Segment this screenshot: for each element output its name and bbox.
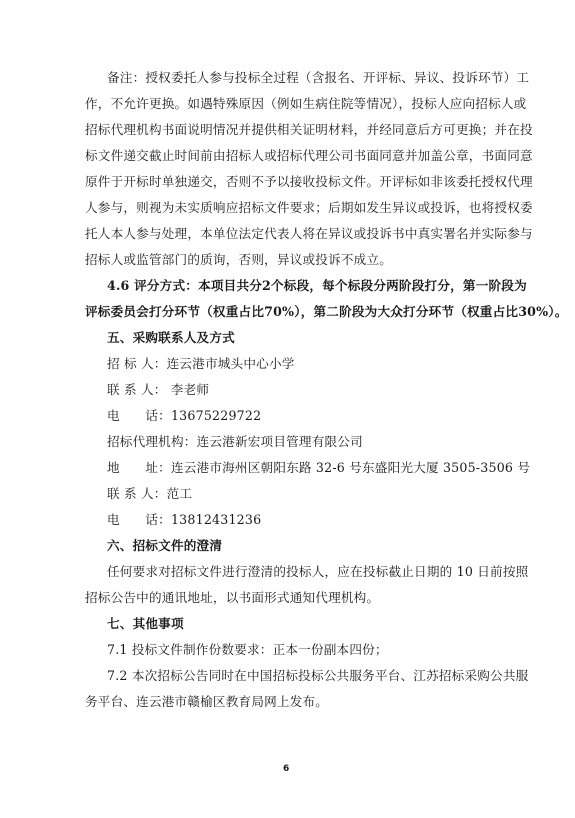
agency-contact-row: 联 系 人：范工 — [107, 486, 527, 502]
contact-row: 联 系 人： 李老师 — [107, 382, 527, 398]
note-line-5: 原件于开标时单独递交，否则不予以接收投标文件。开评标如非该委托授权代理 — [85, 174, 503, 190]
agency-phone-value: 13812431236 — [171, 512, 261, 527]
section6-line-1: 任何要求对招标文件进行澄清的投标人，应在投标截止日期的 10 日前按照 — [107, 564, 503, 580]
phone-label: 电 话： — [107, 408, 171, 424]
phone-value: 13675229722 — [171, 408, 261, 423]
agency-row: 招标代理机构：连云港新宏项目管理有限公司 — [107, 434, 527, 450]
phone-row: 电 话：13675229722 — [107, 408, 527, 424]
tenderer-label: 招 标 人： — [107, 356, 167, 372]
agency-phone-row: 电 话：13812431236 — [107, 512, 527, 528]
tenderer-row: 招 标 人：连云港市城头中心小学 — [107, 356, 527, 372]
contact-label: 联 系 人： — [107, 382, 167, 398]
agency-phone-label: 电 话： — [107, 512, 171, 528]
agency-value: 连云港新宏项目管理有限公司 — [197, 434, 363, 449]
address-row: 地 址：连云港市海州区朝阳东路 32-6 号东盛阳光大厦 3505-3506 号 — [107, 460, 527, 476]
section7-item2-line-1: 7.2 本次招标公告同时在中国招标投标公共服务平台、江苏招标采购公共服 — [107, 668, 503, 684]
agency-contact-value: 范工 — [167, 486, 193, 501]
section7-item2-line-2: 务平台、连云港市赣榆区教育局网上发布。 — [85, 694, 505, 710]
note-line-6: 人参与，则视为未实质响应招标文件要求；后期如发生异议或投诉，也将授权委 — [85, 200, 503, 216]
contact-value: 李老师 — [167, 382, 210, 397]
section5-heading: 五、采购联系人及方式 — [107, 330, 527, 346]
note-line-7: 托人本人参与处理，本单位法定代表人将在异议或投诉书中真实署名并实际参与 — [85, 226, 503, 242]
agency-label: 招标代理机构： — [107, 434, 197, 450]
section6-line-2: 招标公告中的通讯地址，以书面形式通知代理机构。 — [85, 590, 505, 606]
page-number: 6 — [283, 764, 289, 774]
address-label: 地 址： — [107, 460, 171, 476]
note-line-8: 招标人或监管部门的质询，否则，异议或投诉不成立。 — [85, 252, 505, 268]
section7-heading: 七、其他事项 — [107, 616, 527, 632]
note-line-4: 标文件递交截止时间前由招标人或招标代理公司书面同意并加盖公章，书面同意 — [85, 148, 503, 164]
section7-item1: 7.1 投标文件制作份数要求：正本一份副本四份； — [107, 642, 527, 658]
note-line-3: 招标代理机构书面说明情况并提供相关证明材料，并经同意后方可更换；并在投 — [85, 122, 503, 138]
note-line-2: 作，不允许更换。如遇特殊原因（例如生病住院等情况），投标人应向招标人或 — [85, 96, 503, 112]
tenderer-value: 连云港市城头中心小学 — [167, 356, 295, 371]
note-line-1: 备注：授权委托人参与投标全过程（含报名、开评标、异议、投诉环节）工 — [107, 70, 503, 86]
section6-heading: 六、招标文件的澄清 — [107, 538, 527, 554]
scoring-line-1: 4.6 评分方式：本项目共分2个标段，每个标段分两阶段打分，第一阶段为 — [107, 278, 503, 294]
scoring-line-2: 评标委员会打分环节（权重占比70%），第二阶段为大众打分环节（权重占比30%）。 — [85, 304, 503, 320]
address-value: 连云港市海州区朝阳东路 32-6 号东盛阳光大厦 3505-3506 号 — [171, 460, 530, 475]
agency-contact-label: 联 系 人： — [107, 486, 167, 502]
document-page: 备注：授权委托人参与投标全过程（含报名、开评标、异议、投诉环节）工 作，不允许更… — [0, 0, 575, 818]
